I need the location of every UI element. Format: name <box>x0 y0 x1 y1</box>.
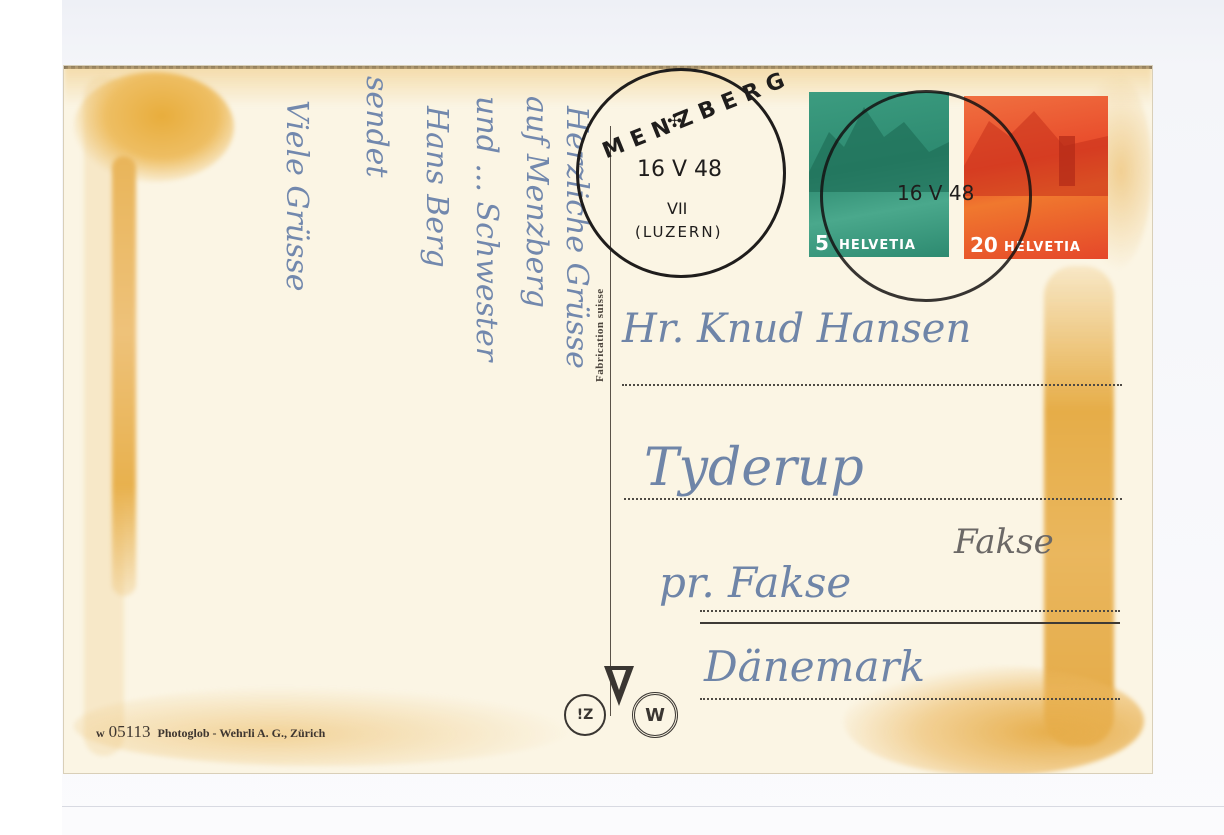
address-underline <box>700 622 1120 624</box>
fabrication-label: Fabrication suisse <box>594 288 606 382</box>
stain <box>112 156 136 596</box>
message-column: sendet <box>359 76 394 177</box>
swiss-cross-icon: ✣ <box>667 111 682 132</box>
message-column: auf Menzberg <box>519 96 554 308</box>
message-column: Viele Grüsse <box>279 100 314 292</box>
publisher-imprint: w05113 Photoglob - Wehrli A. G., Zürich <box>96 722 325 742</box>
postmark-canton: (LUZERN) <box>635 223 722 241</box>
message-column: und ... Schwester <box>469 96 504 361</box>
postcard: Viele Grüsse sendet Hans Berg und ... Sc… <box>64 66 1152 773</box>
postmark-on-stamps: 16 V 48 <box>820 90 1032 302</box>
address-line-1: Hr. Knud Hansen <box>622 306 971 352</box>
publisher-name: Photoglob - Wehrli A. G., Zürich <box>158 726 326 740</box>
address-dotted-line <box>700 698 1120 700</box>
address-line-4: Dänemark <box>704 642 925 691</box>
message-column: Hans Berg <box>419 106 454 268</box>
address-line-3: pr. Fakse <box>659 558 851 607</box>
address-line-2: Tyderup <box>644 438 864 498</box>
iz-logo-icon: !Z <box>564 694 606 736</box>
postmark-town: MENZBERG <box>599 66 796 164</box>
address-dotted-line <box>624 498 1122 500</box>
w-logo-icon: W <box>632 692 678 738</box>
address-dotted-line <box>622 384 1122 386</box>
stain <box>74 72 234 182</box>
postmark: MENZBERG 16 V 48 VII (LUZERN) ✣ <box>576 68 786 278</box>
address-pencil-note: Fakse <box>954 522 1054 562</box>
postmark-date: 16 V 48 <box>897 181 974 205</box>
address-dotted-line <box>700 610 1120 612</box>
publisher-prefix: w <box>96 726 105 740</box>
v-logo-icon <box>604 666 634 706</box>
postmark-date: 16 V 48 <box>637 157 722 182</box>
postmark-time: VII <box>667 199 687 218</box>
scanner-edge-line <box>62 806 1224 807</box>
publisher-code: 05113 <box>109 722 151 741</box>
